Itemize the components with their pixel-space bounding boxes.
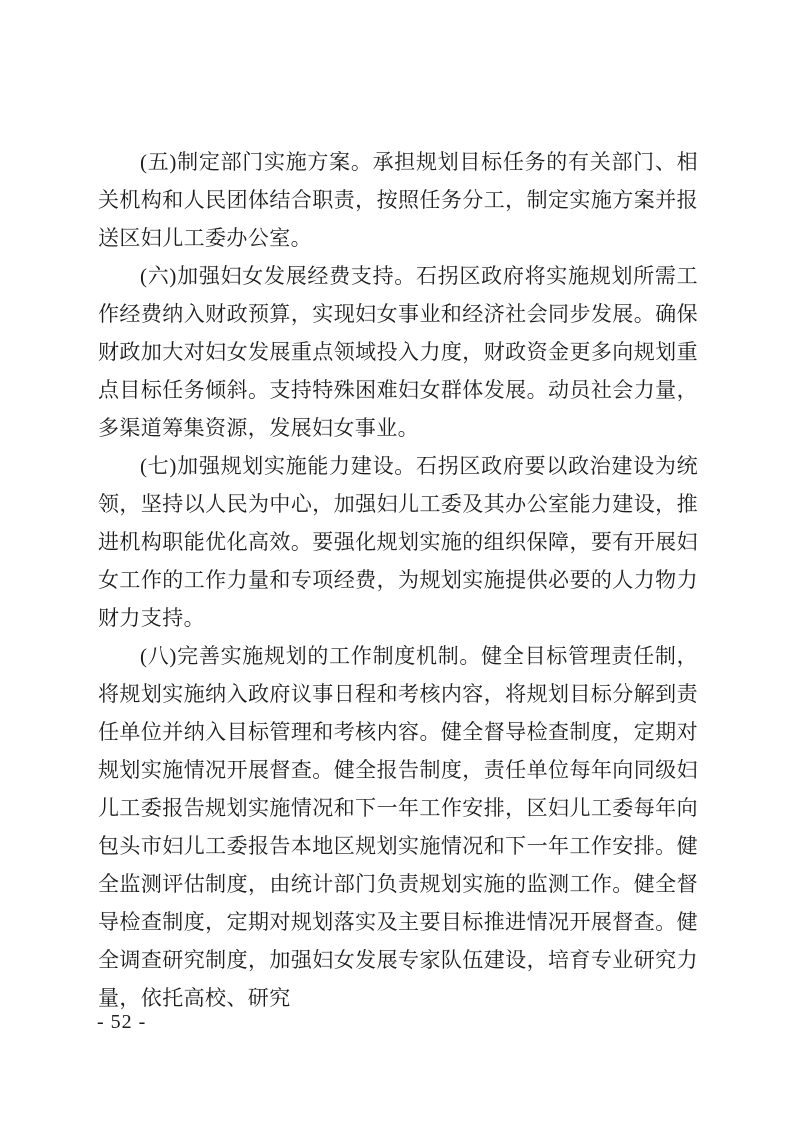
paragraph-item-7: (七)加强规划实施能力建设。石拐区政府要以政治建设为统领，坚持以人民为中心，加强… bbox=[98, 447, 698, 637]
paragraph-item-5: (五)制定部门实施方案。承担规划目标任务的有关部门、相关机构和人民团体结合职责，… bbox=[98, 143, 698, 257]
paragraph-item-6: (六)加强妇女发展经费支持。石拐区政府将实施规划所需工作经费纳入财政预算，实现妇… bbox=[98, 257, 698, 447]
document-page: (五)制定部门实施方案。承担规划目标任务的有关部门、相关机构和人民团体结合职责，… bbox=[0, 0, 794, 1122]
document-body: (五)制定部门实施方案。承担规划目标任务的有关部门、相关机构和人民团体结合职责，… bbox=[98, 143, 698, 1017]
paragraph-item-8: (八)完善实施规划的工作制度机制。健全目标管理责任制，将规划实施纳入政府议事日程… bbox=[98, 637, 698, 1017]
page-number: - 52 - bbox=[97, 1008, 146, 1036]
